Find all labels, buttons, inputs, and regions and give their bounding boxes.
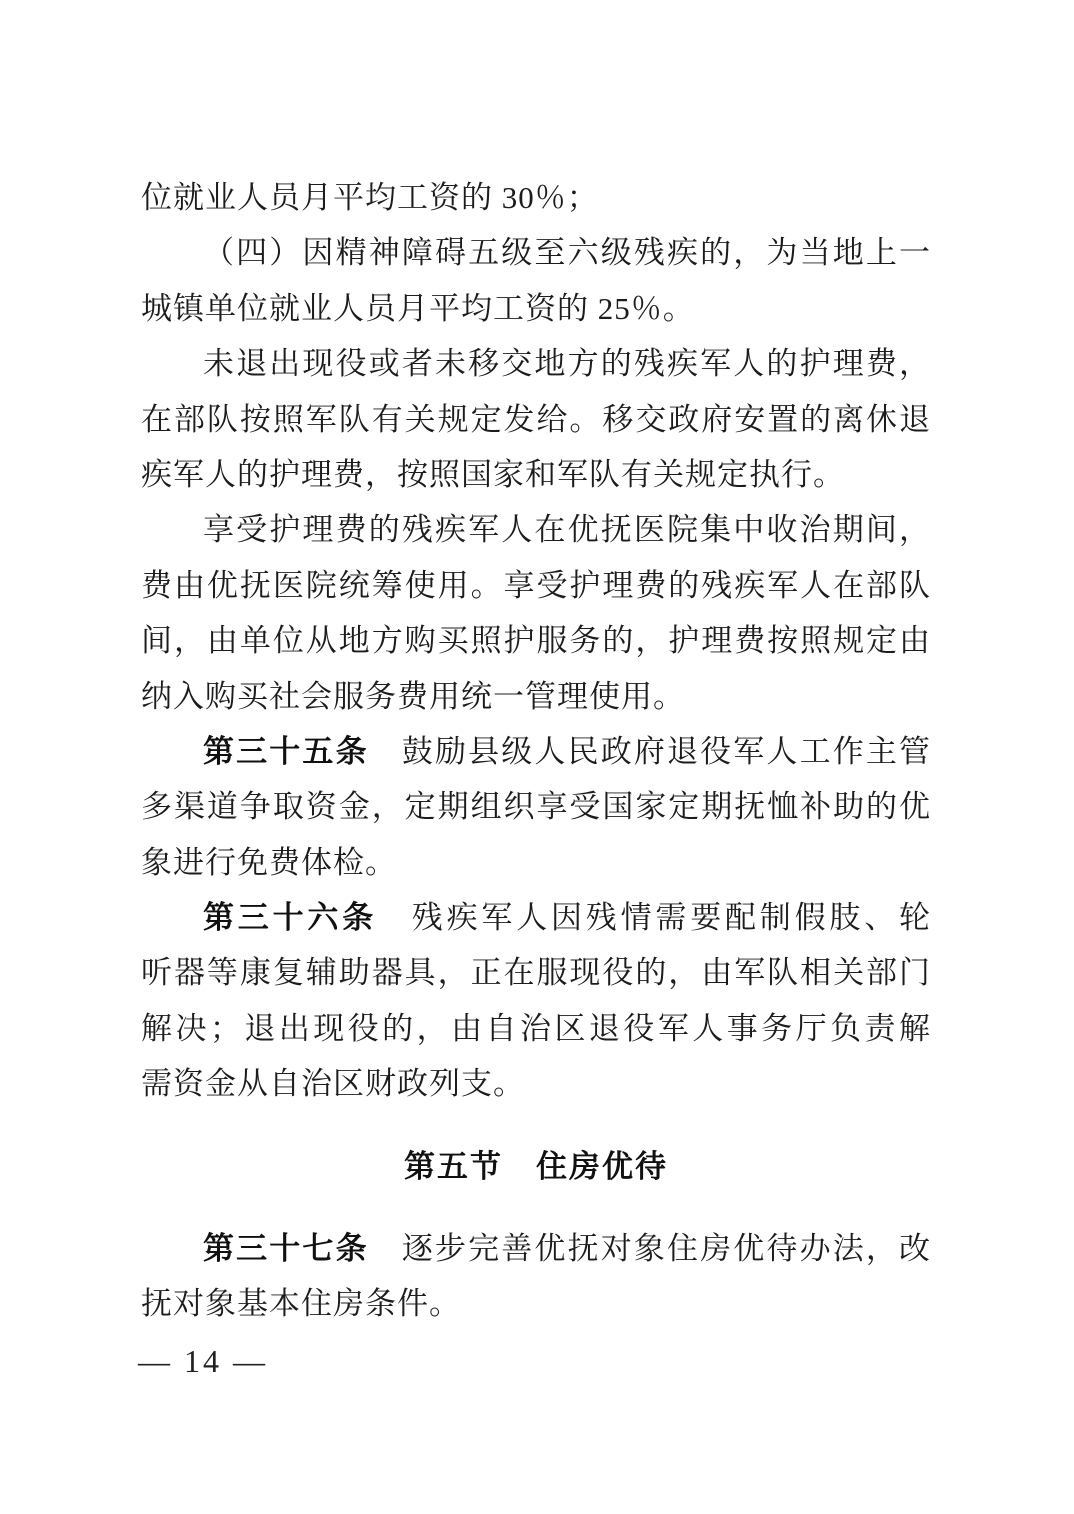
text-line: 城镇单位就业人员月平均工资的 25％。 [141,281,931,336]
text-line-article-37: 第三十七条 逐步完善优抚对象住房优待办法，改善优 [141,1221,931,1276]
line-text: 城镇单位就业人员月平均工资的 25％。 [141,291,695,326]
line-text: 象进行免费体检。 [141,845,397,880]
text-line: 需资金从自治区财政列支。 [141,1056,931,1111]
text-line: 解决；退出现役的，由自治区退役军人事务厅负责解决，所 [141,1001,931,1056]
line-text: 未退出现役或者未移交地方的残疾军人的护理费，由所 [141,346,931,391]
text-line: 象进行免费体检。 [141,835,931,890]
text-line: 享受护理费的残疾军人在优抚医院集中收治期间，护理 [141,502,931,557]
text-line: 在部队按照军队有关规定发给。移交政府安置的离休退休残 [141,392,931,447]
line-text: 听器等康复辅助器具，正在服现役的，由军队相关部门负责 [141,955,931,1000]
article-number: 第三十五条 [203,734,369,769]
text-line: 位就业人员月平均工资的 30％； [141,170,931,225]
line-text: 需资金从自治区财政列支。 [141,1066,525,1101]
text-line-article-35: 第三十五条 鼓励县级人民政府退役军人工作主管部门 [141,724,931,779]
document-page: 位就业人员月平均工资的 30％； （四）因精神障碍五级至六级残疾的，为当地上一年… [0,0,1074,1514]
line-text: 费由优抚医院统筹使用。享受护理费的残疾军人在部队期 [141,568,931,613]
line-text: 享受护理费的残疾军人在优抚医院集中收治期间，护理 [141,512,931,557]
text-line-article-36: 第三十六条 残疾军人因残情需要配制假肢、轮椅、助 [141,890,931,945]
article-number: 第三十六条 [203,900,377,935]
section-heading: 第五节 住房优待 [141,1139,931,1194]
text-line: 未退出现役或者未移交地方的残疾军人的护理费，由所 [141,336,931,391]
text-line: 抚对象基本住房条件。 [141,1276,931,1331]
line-text: （四）因精神障碍五级至六级残疾的，为当地上一年度 [141,235,931,280]
article-number: 第三十七条 [203,1231,369,1266]
text-line: （四）因精神障碍五级至六级残疾的，为当地上一年度 [141,225,931,280]
document-body: 位就业人员月平均工资的 30％； （四）因精神障碍五级至六级残疾的，为当地上一年… [141,170,931,1332]
text-line: 听器等康复辅助器具，正在服现役的，由军队相关部门负责 [141,945,931,1000]
line-text: 纳入购买社会服务费用统一管理使用。 [141,679,685,714]
text-line: 疾军人的护理费，按照国家和军队有关规定执行。 [141,447,931,502]
text-line: 间，由单位从地方购买照护服务的，护理费按照规定由单位 [141,613,931,668]
page-number: — 14 — [138,1341,268,1381]
text-line: 多渠道争取资金，定期组织享受国家定期抚恤补助的优抚对 [141,779,931,834]
text-line: 纳入购买社会服务费用统一管理使用。 [141,669,931,724]
line-text: 多渠道争取资金，定期组织享受国家定期抚恤补助的优抚对 [141,789,931,834]
line-text: 解决；退出现役的，由自治区退役军人事务厅负责解决，所 [141,1011,931,1056]
line-text: 抚对象基本住房条件。 [141,1286,461,1321]
line-text: 位就业人员月平均工资的 30％； [141,180,599,215]
line-text: 在部队按照军队有关规定发给。移交政府安置的离休退休残 [141,402,931,447]
text-line: 费由优抚医院统筹使用。享受护理费的残疾军人在部队期 [141,558,931,613]
line-text: 疾军人的护理费，按照国家和军队有关规定执行。 [141,457,845,492]
line-text: 间，由单位从地方购买照护服务的，护理费按照规定由单位 [141,623,931,668]
